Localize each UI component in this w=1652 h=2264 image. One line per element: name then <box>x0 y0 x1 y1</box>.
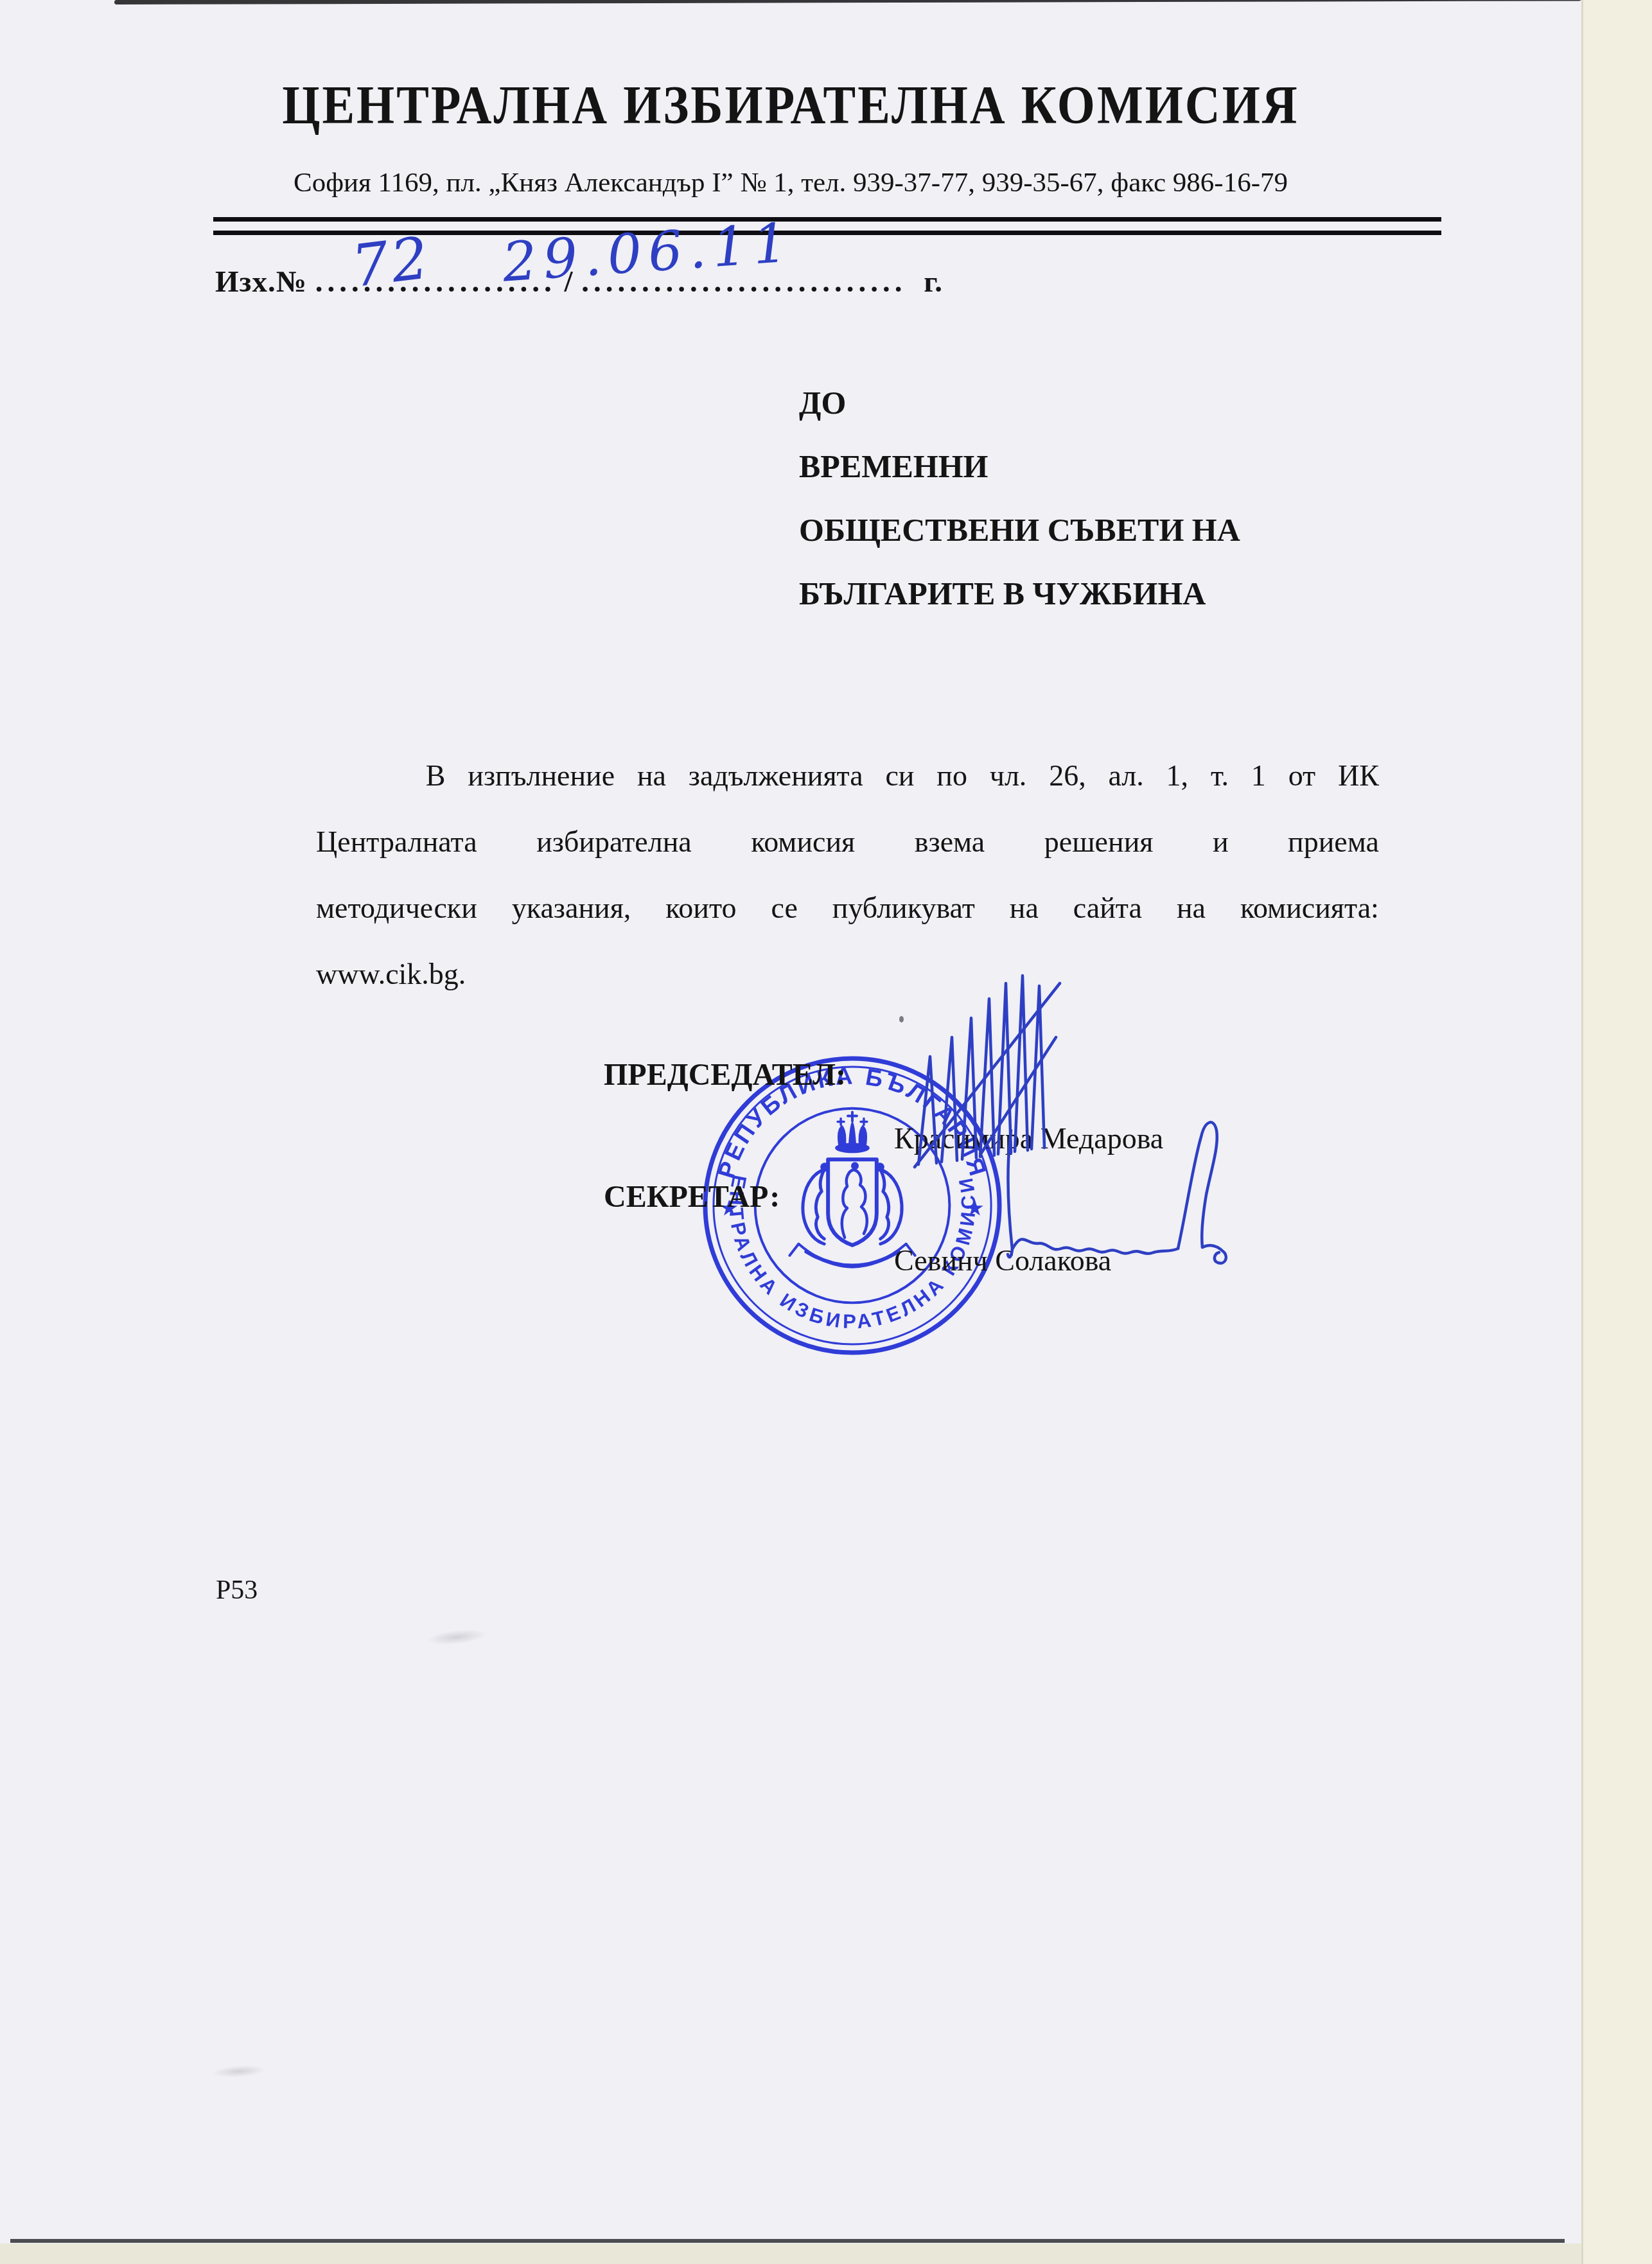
body-word: публикуват <box>832 875 975 941</box>
ref-label: Изх.№ <box>215 265 307 299</box>
body-paragraph: Визпълнениеназадължениятасипочл.26,ал.1,… <box>316 742 1379 1007</box>
body-word: комисията: <box>1240 875 1379 941</box>
body-word: на <box>1010 875 1039 941</box>
ref-year-suffix: г. <box>924 265 943 299</box>
secretary-label: СЕКРЕТАР: <box>604 1179 780 1215</box>
body-line: методическиуказания,коитосепубликуватнас… <box>316 875 1379 941</box>
scanner-background-right <box>1581 0 1652 2264</box>
body-word: взема <box>915 809 985 875</box>
ink-speck <box>899 1016 904 1022</box>
secretary-signature <box>989 1092 1285 1285</box>
handwritten-ref-number: 72 <box>348 224 434 301</box>
body-word: 1, <box>1166 742 1189 809</box>
body-word: и <box>1213 809 1229 875</box>
body-word: които <box>665 875 736 941</box>
body-word: си <box>885 742 914 809</box>
body-word: по <box>936 742 967 809</box>
body-word: ИК <box>1338 742 1379 809</box>
body-word: 26, <box>1049 742 1086 809</box>
stamp-star-right: ★ <box>966 1198 983 1219</box>
recipient-block: ДО ВРЕМЕННИ ОБЩЕСТВЕНИ СЪВЕТИ НА БЪЛГАРИ… <box>799 371 1240 626</box>
body-word: ал. <box>1108 742 1143 809</box>
body-word: на <box>1177 875 1206 941</box>
body-word: методически <box>316 875 477 941</box>
body-word: чл. <box>990 742 1027 809</box>
recipient-line: БЪЛГАРИТЕ В ЧУЖБИНА <box>799 562 1240 626</box>
body-line: Централнатаизбирателнакомисиявземарешени… <box>316 809 1379 875</box>
body-word: приема <box>1288 809 1379 875</box>
body-word: 1 <box>1251 742 1266 809</box>
body-word: на <box>637 742 666 809</box>
footer-code: P53 <box>216 1575 258 1606</box>
recipient-line: ОБЩЕСТВЕНИ СЪВЕТИ НА <box>799 498 1240 562</box>
body-word: избирателна <box>536 809 692 875</box>
body-word: указания, <box>512 875 631 941</box>
org-address: София 1169, пл. „Княз Александър I” № 1,… <box>0 167 1581 198</box>
body-word: изпълнение <box>468 742 615 809</box>
body-word: В <box>426 742 446 809</box>
scan-edge-bottom <box>10 2239 1565 2243</box>
body-line: Визпълнениеназадължениятасипочл.26,ал.1,… <box>316 742 1379 809</box>
recipient-line: ДО <box>799 371 1240 435</box>
body-word: сайта <box>1073 875 1142 941</box>
body-word: решения <box>1044 809 1154 875</box>
scanned-document: ЦЕНТРАЛНА ИЗБИРАТЕЛНА КОМИСИЯ София 1169… <box>0 0 1652 2264</box>
body-word: комисия <box>751 809 855 875</box>
body-word: Централната <box>316 809 477 875</box>
recipient-line: ВРЕМЕННИ <box>799 435 1240 498</box>
website-url: www.cik.bg. <box>316 941 1379 1007</box>
body-word: от <box>1288 742 1316 809</box>
chairman-label: ПРЕДСЕДАТЕЛ: <box>604 1057 846 1093</box>
body-word: задълженията <box>689 742 863 809</box>
scanner-background-bottom <box>0 2243 1581 2264</box>
body-word: се <box>771 875 797 941</box>
body-word: т. <box>1211 742 1229 809</box>
org-title: ЦЕНТРАЛНА ИЗБИРАТЕЛНА КОМИСИЯ <box>0 75 1581 137</box>
